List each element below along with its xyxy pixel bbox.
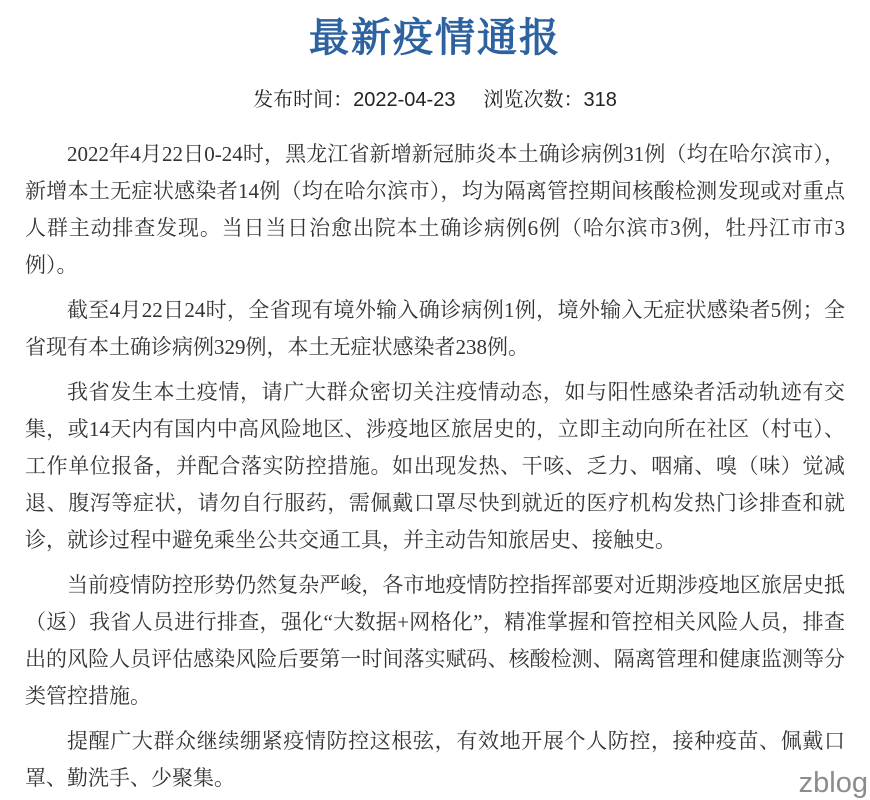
views-count-label: 浏览次数：: [483, 89, 583, 111]
paragraph-new-cases: 2022年4月22日0-24时，黑龙江省新增新冠肺炎本土确诊病例31例（均在哈尔…: [25, 136, 845, 284]
paragraph-current-totals: 截至4月22日24时，全省现有境外输入确诊病例1例，境外输入无症状感染者5例；全…: [25, 292, 845, 366]
publish-time-label: 发布时间：: [253, 89, 353, 111]
bulletin-page: 最新疫情通报 发布时间：2022-04-23浏览次数：318 2022年4月22…: [0, 0, 870, 800]
publish-time-value: 2022-04-23: [353, 89, 455, 111]
watermark: zblog: [799, 769, 868, 798]
paragraph-personal-protection: 提醒广大群众继续绷紧疫情防控这根弦，有效地开展个人防控，接种疫苗、佩戴口罩、勤洗…: [25, 723, 845, 797]
meta-line: 发布时间：2022-04-23浏览次数：318: [0, 88, 870, 112]
page-title: 最新疫情通报: [0, 0, 870, 62]
paragraph-public-guidance: 我省发生本土疫情，请广大群众密切关注疫情动态，如与阳性感染者活动轨迹有交集，或1…: [25, 374, 845, 559]
views-count-value: 318: [583, 89, 616, 111]
paragraph-control-measures: 当前疫情防控形势仍然复杂严峻，各市地疫情防控指挥部要对近期涉疫地区旅居史抵（返）…: [25, 567, 845, 715]
article-body: 2022年4月22日0-24时，黑龙江省新增新冠肺炎本土确诊病例31例（均在哈尔…: [25, 136, 845, 797]
